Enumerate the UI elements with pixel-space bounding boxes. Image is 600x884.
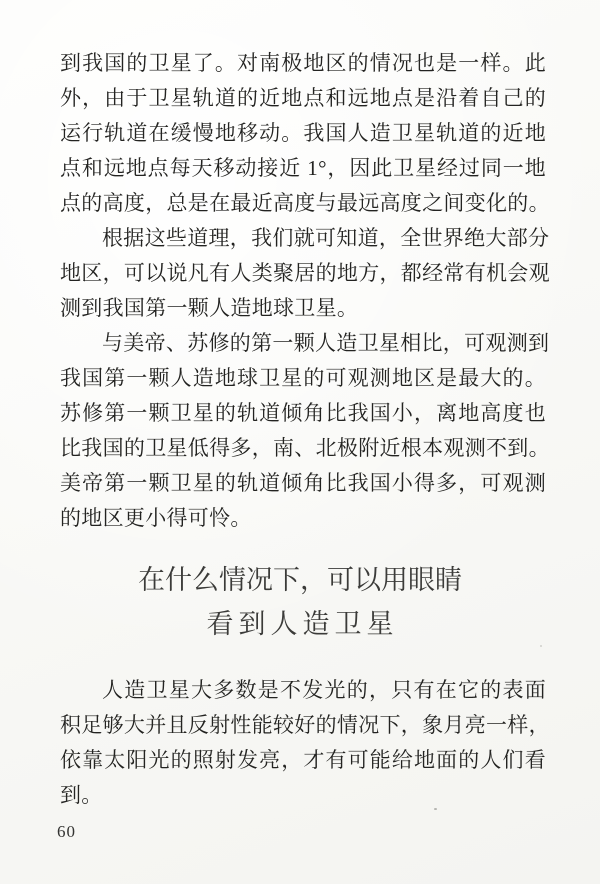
text-line: 测到我国第一颗人造地球卫星。 bbox=[60, 291, 546, 326]
text-line: 比我国的卫星低得多，南、北极附近根本观测不到。 bbox=[60, 431, 546, 466]
text-line: 依靠太阳光的照射发亮，才有可能给地面的人们看 bbox=[60, 743, 546, 778]
text-line: 人造卫星大多数是不发光的，只有在它的表面 bbox=[60, 673, 546, 708]
section-heading: 在什么情况下，可以用眼睛 看到人造卫星 bbox=[0, 558, 600, 646]
text-line: 点和远地点每天移动接近 1°，因此卫星经过同一地 bbox=[60, 151, 546, 186]
body-text-lower: 人造卫星大多数是不发光的，只有在它的表面 积足够大并且反射性能较好的情况下，象月… bbox=[60, 673, 546, 813]
text-line: 外，由于卫星轨道的近地点和远地点是沿着自己的 bbox=[60, 81, 546, 116]
section-heading-line-1: 在什么情况下，可以用眼睛 bbox=[0, 558, 600, 602]
text-line: 运行轨道在缓慢地移动。我国人造卫星轨道的近地 bbox=[60, 116, 546, 151]
text-line: 积足够大并且反射性能较好的情况下，象月亮一样， bbox=[60, 708, 546, 743]
section-heading-line-2: 看到人造卫星 bbox=[0, 602, 600, 646]
text-line: 美帝第一颗卫星的轨道倾角比我国小得多，可观测 bbox=[60, 466, 546, 501]
text-line: 根据这些道理，我们就可知道，全世界绝大部分 bbox=[60, 221, 546, 256]
text-line: 苏修第一颗卫星的轨道倾角比我国小，离地高度也 bbox=[60, 396, 546, 431]
text-line: 的地区更小得可怜。 bbox=[60, 501, 546, 536]
text-line: 与美帝、苏修的第一颗人造卫星相比，可观测到 bbox=[60, 326, 546, 361]
text-line: 地区，可以说凡有人类聚居的地方，都经常有机会观 bbox=[60, 256, 546, 291]
body-text-upper: 到我国的卫星了。对南极地区的情况也是一样。此 外，由于卫星轨道的近地点和远地点是… bbox=[60, 46, 546, 536]
scan-speck bbox=[540, 645, 542, 647]
page-number: 60 bbox=[57, 822, 76, 842]
text-line: 到。 bbox=[60, 778, 546, 813]
book-page: 到我国的卫星了。对南极地区的情况也是一样。此 外，由于卫星轨道的近地点和远地点是… bbox=[0, 0, 600, 884]
scan-speck bbox=[434, 808, 437, 810]
text-line: 我国第一颗人造地球卫星的可观测地区是最大的。 bbox=[60, 361, 546, 396]
text-line: 点的高度，总是在最近高度与最远高度之间变化的。 bbox=[60, 186, 546, 221]
text-line: 到我国的卫星了。对南极地区的情况也是一样。此 bbox=[60, 46, 546, 81]
